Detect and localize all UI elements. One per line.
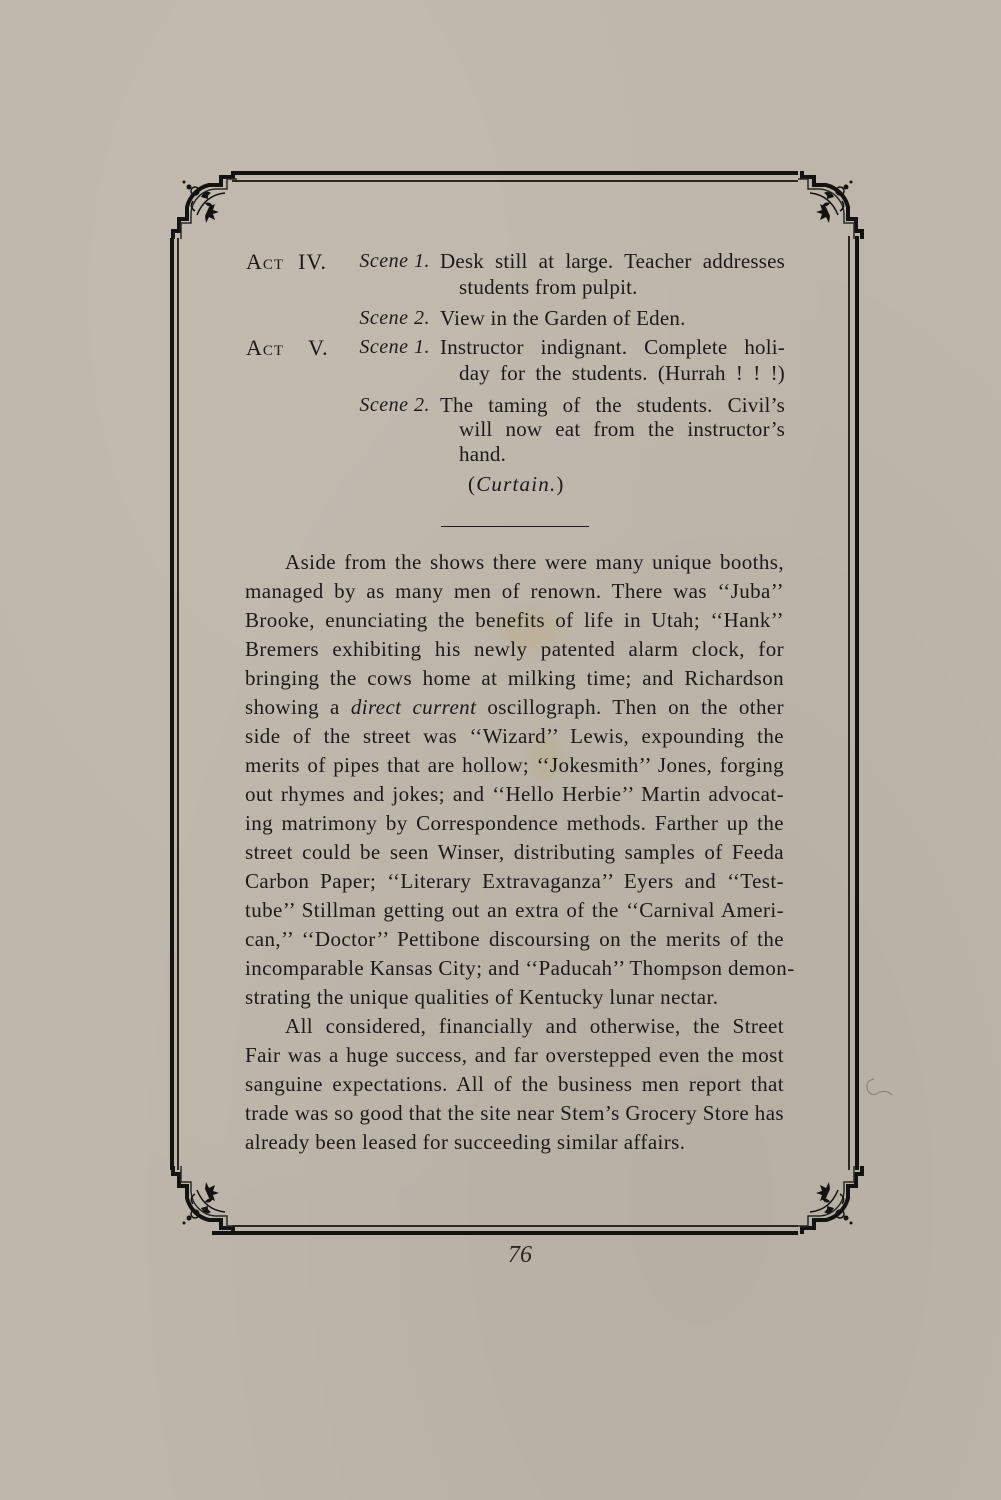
scene-label: Scene 2. xyxy=(280,305,430,332)
section-divider xyxy=(441,526,589,527)
text-line: Bremers exhibiting his newly patented al… xyxy=(245,635,784,664)
text-line: out rhymes and jokes; and ‘‘Hello Herbie… xyxy=(245,780,784,809)
text-line: Fair was a huge success, and far overste… xyxy=(245,1041,784,1070)
scene-description: View in the Garden of Eden. xyxy=(440,305,686,332)
text-line: managed by as many men of renown. There … xyxy=(245,577,784,606)
text-line: Carbon Paper; ‘‘Literary Extravaganza’’ … xyxy=(245,867,784,896)
text-line: All considered, financially and otherwis… xyxy=(245,1012,784,1041)
text-line: sanguine expectations. All of the busine… xyxy=(245,1070,784,1099)
scene-description: hand. xyxy=(459,441,506,468)
frame-bottom-thin-rule xyxy=(232,1225,798,1227)
book-page: ActIV. Scene 1. Desk still at large. Tea… xyxy=(0,0,1001,1500)
scene-description: The taming of the students. Civil’s xyxy=(440,392,785,419)
scene-description: will now eat from the instructor’s xyxy=(459,416,785,443)
text-line: trade was so good that the site near Ste… xyxy=(245,1099,784,1128)
text-line: Brooke, enunciating the benefits of life… xyxy=(245,606,784,635)
frame-top-thick-rule xyxy=(232,171,798,175)
text-line: street could be seen Winser, distributin… xyxy=(245,838,784,867)
scene-label: Scene 2. xyxy=(280,392,430,419)
pencil-mark-icon xyxy=(862,1075,902,1105)
text-line: side of the street was ‘‘Wizard’’ Lewis,… xyxy=(245,722,784,751)
scene-label: Scene 1. xyxy=(280,334,430,361)
body-text: Aside from the shows there were many uni… xyxy=(245,548,784,1157)
italic-phrase: direct current xyxy=(351,695,477,719)
text-line: already been leased for succeeding simil… xyxy=(245,1128,784,1157)
text-line: showing a direct current oscillograph. T… xyxy=(245,693,784,722)
text-line: bringing the cows home at milking time; … xyxy=(245,664,784,693)
frame-right-thin-rule xyxy=(848,236,850,1170)
frame-left-thin-rule xyxy=(177,238,179,1170)
text-line: strating the unique qualities of Kentuck… xyxy=(245,983,784,1012)
scene-description: Instructor indignant. Complete holi- xyxy=(440,334,785,361)
text-line: ing matrimony by Correspondence methods.… xyxy=(245,809,784,838)
frame-bottom-thick-rule xyxy=(212,1231,798,1235)
corner-ornament-icon xyxy=(790,1162,870,1242)
scene-label: Scene 1. xyxy=(280,248,430,275)
scene-description: Desk still at large. Teacher addresses xyxy=(440,248,785,275)
text-line: can,’’ ‘‘Doctor’’ Pettibone discoursing … xyxy=(245,925,784,954)
scene-description: students from pulpit. xyxy=(459,274,638,301)
curtain-direction: (Curtain.) xyxy=(468,472,565,497)
scene-description: day for the students. (Hurrah ! ! !) xyxy=(459,360,785,387)
text-line: tube’’ Stillman getting out an extra of … xyxy=(245,896,784,925)
text-line: incomparable Kansas City; and ‘‘Paducah’… xyxy=(245,954,784,983)
frame-left-thick-rule xyxy=(170,238,174,1170)
corner-ornament-icon xyxy=(790,163,870,243)
corner-ornament-icon xyxy=(165,1162,245,1242)
frame-right-thick-rule xyxy=(855,236,859,1170)
frame-top-thin-rule xyxy=(232,180,798,182)
text-line: merits of pipes that are hollow; ‘‘Jokes… xyxy=(245,751,784,780)
corner-ornament-icon xyxy=(165,163,245,243)
text-line: Aside from the shows there were many uni… xyxy=(245,548,784,577)
page-number: 76 xyxy=(508,1242,532,1269)
